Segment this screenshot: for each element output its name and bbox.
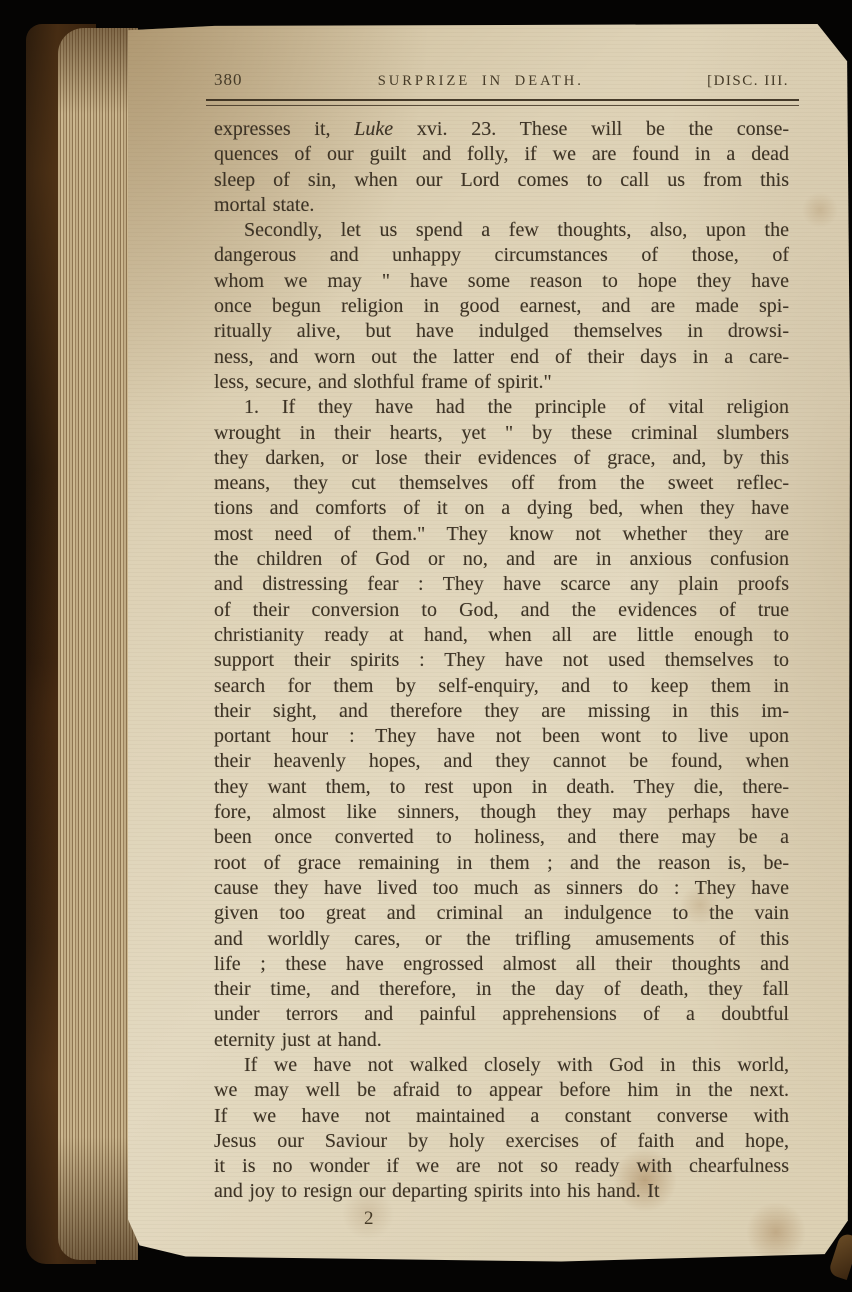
book-page: 380 SURPRIZE IN DEATH. [DISC. III. expre… — [128, 24, 850, 1264]
text-line: search for them by self-enquiry, and to … — [214, 674, 789, 699]
paragraph: 1. If they have had the principle of vit… — [214, 395, 789, 1053]
text-line: cause they have lived too much as sinner… — [214, 876, 789, 901]
text-line: the children of God or no, and are in an… — [214, 547, 789, 572]
text-line: their time, and therefore, in the day of… — [214, 977, 789, 1002]
page-number: 380 — [214, 70, 243, 90]
text-line: eternity just at hand. — [214, 1028, 789, 1053]
text-line: given too great and criminal an indulgen… — [214, 901, 789, 926]
text-line: sleep of sin, when our Lord comes to cal… — [214, 168, 789, 193]
text-line: and distressing fear : They have scarce … — [214, 572, 789, 597]
text-line: 1. If they have had the principle of vit… — [214, 395, 789, 420]
text-line: we may well be afraid to appear before h… — [214, 1078, 789, 1103]
paragraph: Secondly, let us spend a few thoughts, a… — [214, 218, 789, 395]
text-line: If we have not maintained a constant con… — [214, 1104, 789, 1129]
text-line: most need of them." They know not whethe… — [214, 522, 789, 547]
page-header: 380 SURPRIZE IN DEATH. [DISC. III. — [214, 70, 789, 92]
running-title: SURPRIZE IN DEATH. — [378, 73, 584, 90]
text-line: If we have not walked closely with God i… — [214, 1053, 789, 1078]
text-line: life ; these have engrossed almost all t… — [214, 952, 789, 977]
text-line: they want them, to rest upon in death. T… — [214, 775, 789, 800]
paragraph: If we have not walked closely with God i… — [214, 1053, 789, 1205]
text-line: root of grace remaining in them ; and th… — [214, 851, 789, 876]
text-line: whom we may " have some reason to hope t… — [214, 269, 789, 294]
text-line: and worldly cares, or the trifling amuse… — [214, 927, 789, 952]
text-line: under terrors and painful apprehensions … — [214, 1002, 789, 1027]
text-line: tions and comforts of it on a dying bed,… — [214, 496, 789, 521]
text-line: portant hour : They have not been wont t… — [214, 724, 789, 749]
text-line: once begun religion in good earnest, and… — [214, 294, 789, 319]
text-line: ritually alive, but have indulged themse… — [214, 319, 789, 344]
text-line: Jesus our Saviour by holy exercises of f… — [214, 1129, 789, 1154]
text-line: less, secure, and slothful frame of spir… — [214, 370, 789, 395]
page-content: 380 SURPRIZE IN DEATH. [DISC. III. expre… — [214, 70, 789, 1230]
text-line: been once converted to holiness, and the… — [214, 825, 789, 850]
text-line: it is no wonder if we are not so ready w… — [214, 1154, 789, 1179]
text-line: ness, and worn out the latter end of the… — [214, 345, 789, 370]
text-block: expresses it, Luke xvi. 23. These will b… — [214, 117, 789, 1205]
text-line: fore, almost like sinners, though they m… — [214, 800, 789, 825]
text-line: Secondly, let us spend a few thoughts, a… — [214, 218, 789, 243]
text-line: of their conversion to God, and the evid… — [214, 598, 789, 623]
text-line: they darken, or lose their evidences of … — [214, 446, 789, 471]
section-label: [DISC. III. — [707, 73, 789, 90]
signature-mark: 2 — [214, 1208, 789, 1230]
text-line: means, they cut themselves off from the … — [214, 471, 789, 496]
text-line: dangerous and unhappy circumstances of t… — [214, 243, 789, 268]
text-line: christianity ready at hand, when all are… — [214, 623, 789, 648]
text-line: quences of our guilt and folly, if we ar… — [214, 142, 789, 167]
text-line: their sight, and therefore they are miss… — [214, 699, 789, 724]
text-line: and joy to resign our departing spirits … — [214, 1179, 789, 1204]
page-fore-edge — [58, 28, 138, 1260]
paragraph: expresses it, Luke xvi. 23. These will b… — [214, 117, 789, 218]
text-line: wrought in their hearts, yet " by these … — [214, 421, 789, 446]
text-line: their heavenly hopes, and they cannot be… — [214, 749, 789, 774]
text-line: mortal state. — [214, 193, 789, 218]
text-line: support their spirits : They have not us… — [214, 648, 789, 673]
text-line: expresses it, Luke xvi. 23. These will b… — [214, 117, 789, 142]
header-rule — [206, 99, 799, 106]
